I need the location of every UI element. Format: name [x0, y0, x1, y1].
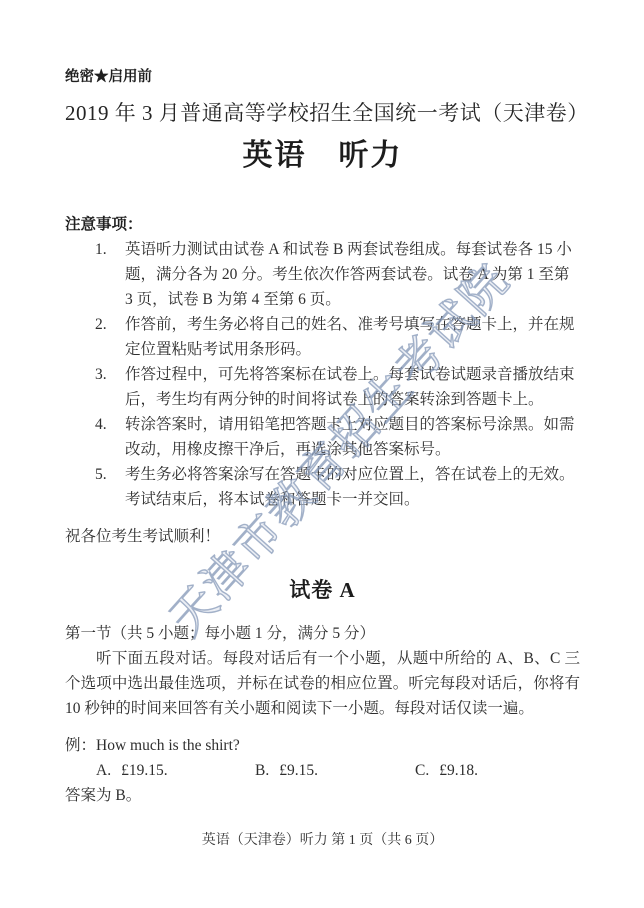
example-question: 例：How much is the shirt? [65, 733, 580, 758]
option-a-label: A. [96, 762, 111, 779]
option-c: C.£9.18. [415, 758, 580, 783]
page-footer: 英语（天津卷）听力 第 1 页（共 6 页） [65, 832, 580, 850]
option-a: A.£19.15. [96, 758, 255, 783]
notice-item-text: 作答过程中，可先将答案标在试卷上。每套试卷试题录音播放结束后，考生均有两分钟的时… [125, 362, 580, 412]
notice-heading: 注意事项： [65, 212, 580, 237]
notice-item-text: 作答前，考生务必将自己的姓名、准考号填写在答题卡上，并在规定位置粘贴考试用条形码… [125, 312, 580, 362]
option-a-text: £19.15. [121, 762, 168, 779]
notice-item-text: 考生务必将答案涂写在答题卡的对应位置上，答在试卷上的无效。考试结束后，将本试卷和… [125, 462, 580, 512]
notice-item-text: 英语听力测试由试卷 A 和试卷 B 两套试卷组成。每套试卷各 15 小题，满分各… [125, 237, 580, 312]
notice-item-text: 转涂答案时，请用铅笔把答题卡上对应题目的答案标号涂黑。如需改动，用橡皮擦干净后，… [125, 412, 580, 462]
paper-a-heading: 试卷 A [65, 575, 580, 605]
notice-item-2: 2. 作答前，考生务必将自己的姓名、准考号填写在答题卡上，并在规定位置粘贴考试用… [65, 312, 580, 362]
notice-item-number: 4. [95, 412, 125, 462]
exam-title: 2019 年 3 月普通高等学校招生全国统一考试（天津卷） [65, 98, 580, 128]
notice-item-5: 5. 考生务必将答案涂写在答题卡的对应位置上，答在试卷上的无效。考试结束后，将本… [65, 462, 580, 512]
notice-item-number: 3. [95, 362, 125, 412]
exam-subject-title: 英语 听力 [65, 136, 580, 176]
option-c-text: £9.18. [439, 762, 478, 779]
notice-item-number: 5. [95, 462, 125, 512]
notice-item-4: 4. 转涂答案时，请用铅笔把答题卡上对应题目的答案标号涂黑。如需改动，用橡皮擦干… [65, 412, 580, 462]
classification-banner: 绝密★启用前 [65, 68, 580, 86]
example-answer-line: 答案为 B。 [65, 783, 580, 808]
notice-item-number: 2. [95, 312, 125, 362]
notice-item-3: 3. 作答过程中，可先将答案标在试卷上。每套试卷试题录音播放结束后，考生均有两分… [65, 362, 580, 412]
section-one-title: 第一节（共 5 小题；每小题 1 分，满分 5 分） [65, 621, 580, 646]
option-b: B.£9.15. [255, 758, 415, 783]
notice-item-1: 1. 英语听力测试由试卷 A 和试卷 B 两套试卷组成。每套试卷各 15 小题，… [65, 237, 580, 312]
option-b-text: £9.15. [279, 762, 318, 779]
option-c-label: C. [415, 762, 429, 779]
section-one-instructions: 听下面五段对话。每段对话后有一个小题，从题中所给的 A、B、C 三个选项中选出最… [65, 646, 580, 721]
notice-item-number: 1. [95, 237, 125, 312]
good-luck-line: 祝各位考生考试顺利！ [65, 524, 580, 549]
example-options-row: A.£19.15. B.£9.15. C.£9.18. [65, 758, 580, 783]
option-b-label: B. [255, 762, 269, 779]
exam-paper-page: 绝密★启用前 2019 年 3 月普通高等学校招生全国统一考试（天津卷） 英语 … [0, 0, 644, 908]
